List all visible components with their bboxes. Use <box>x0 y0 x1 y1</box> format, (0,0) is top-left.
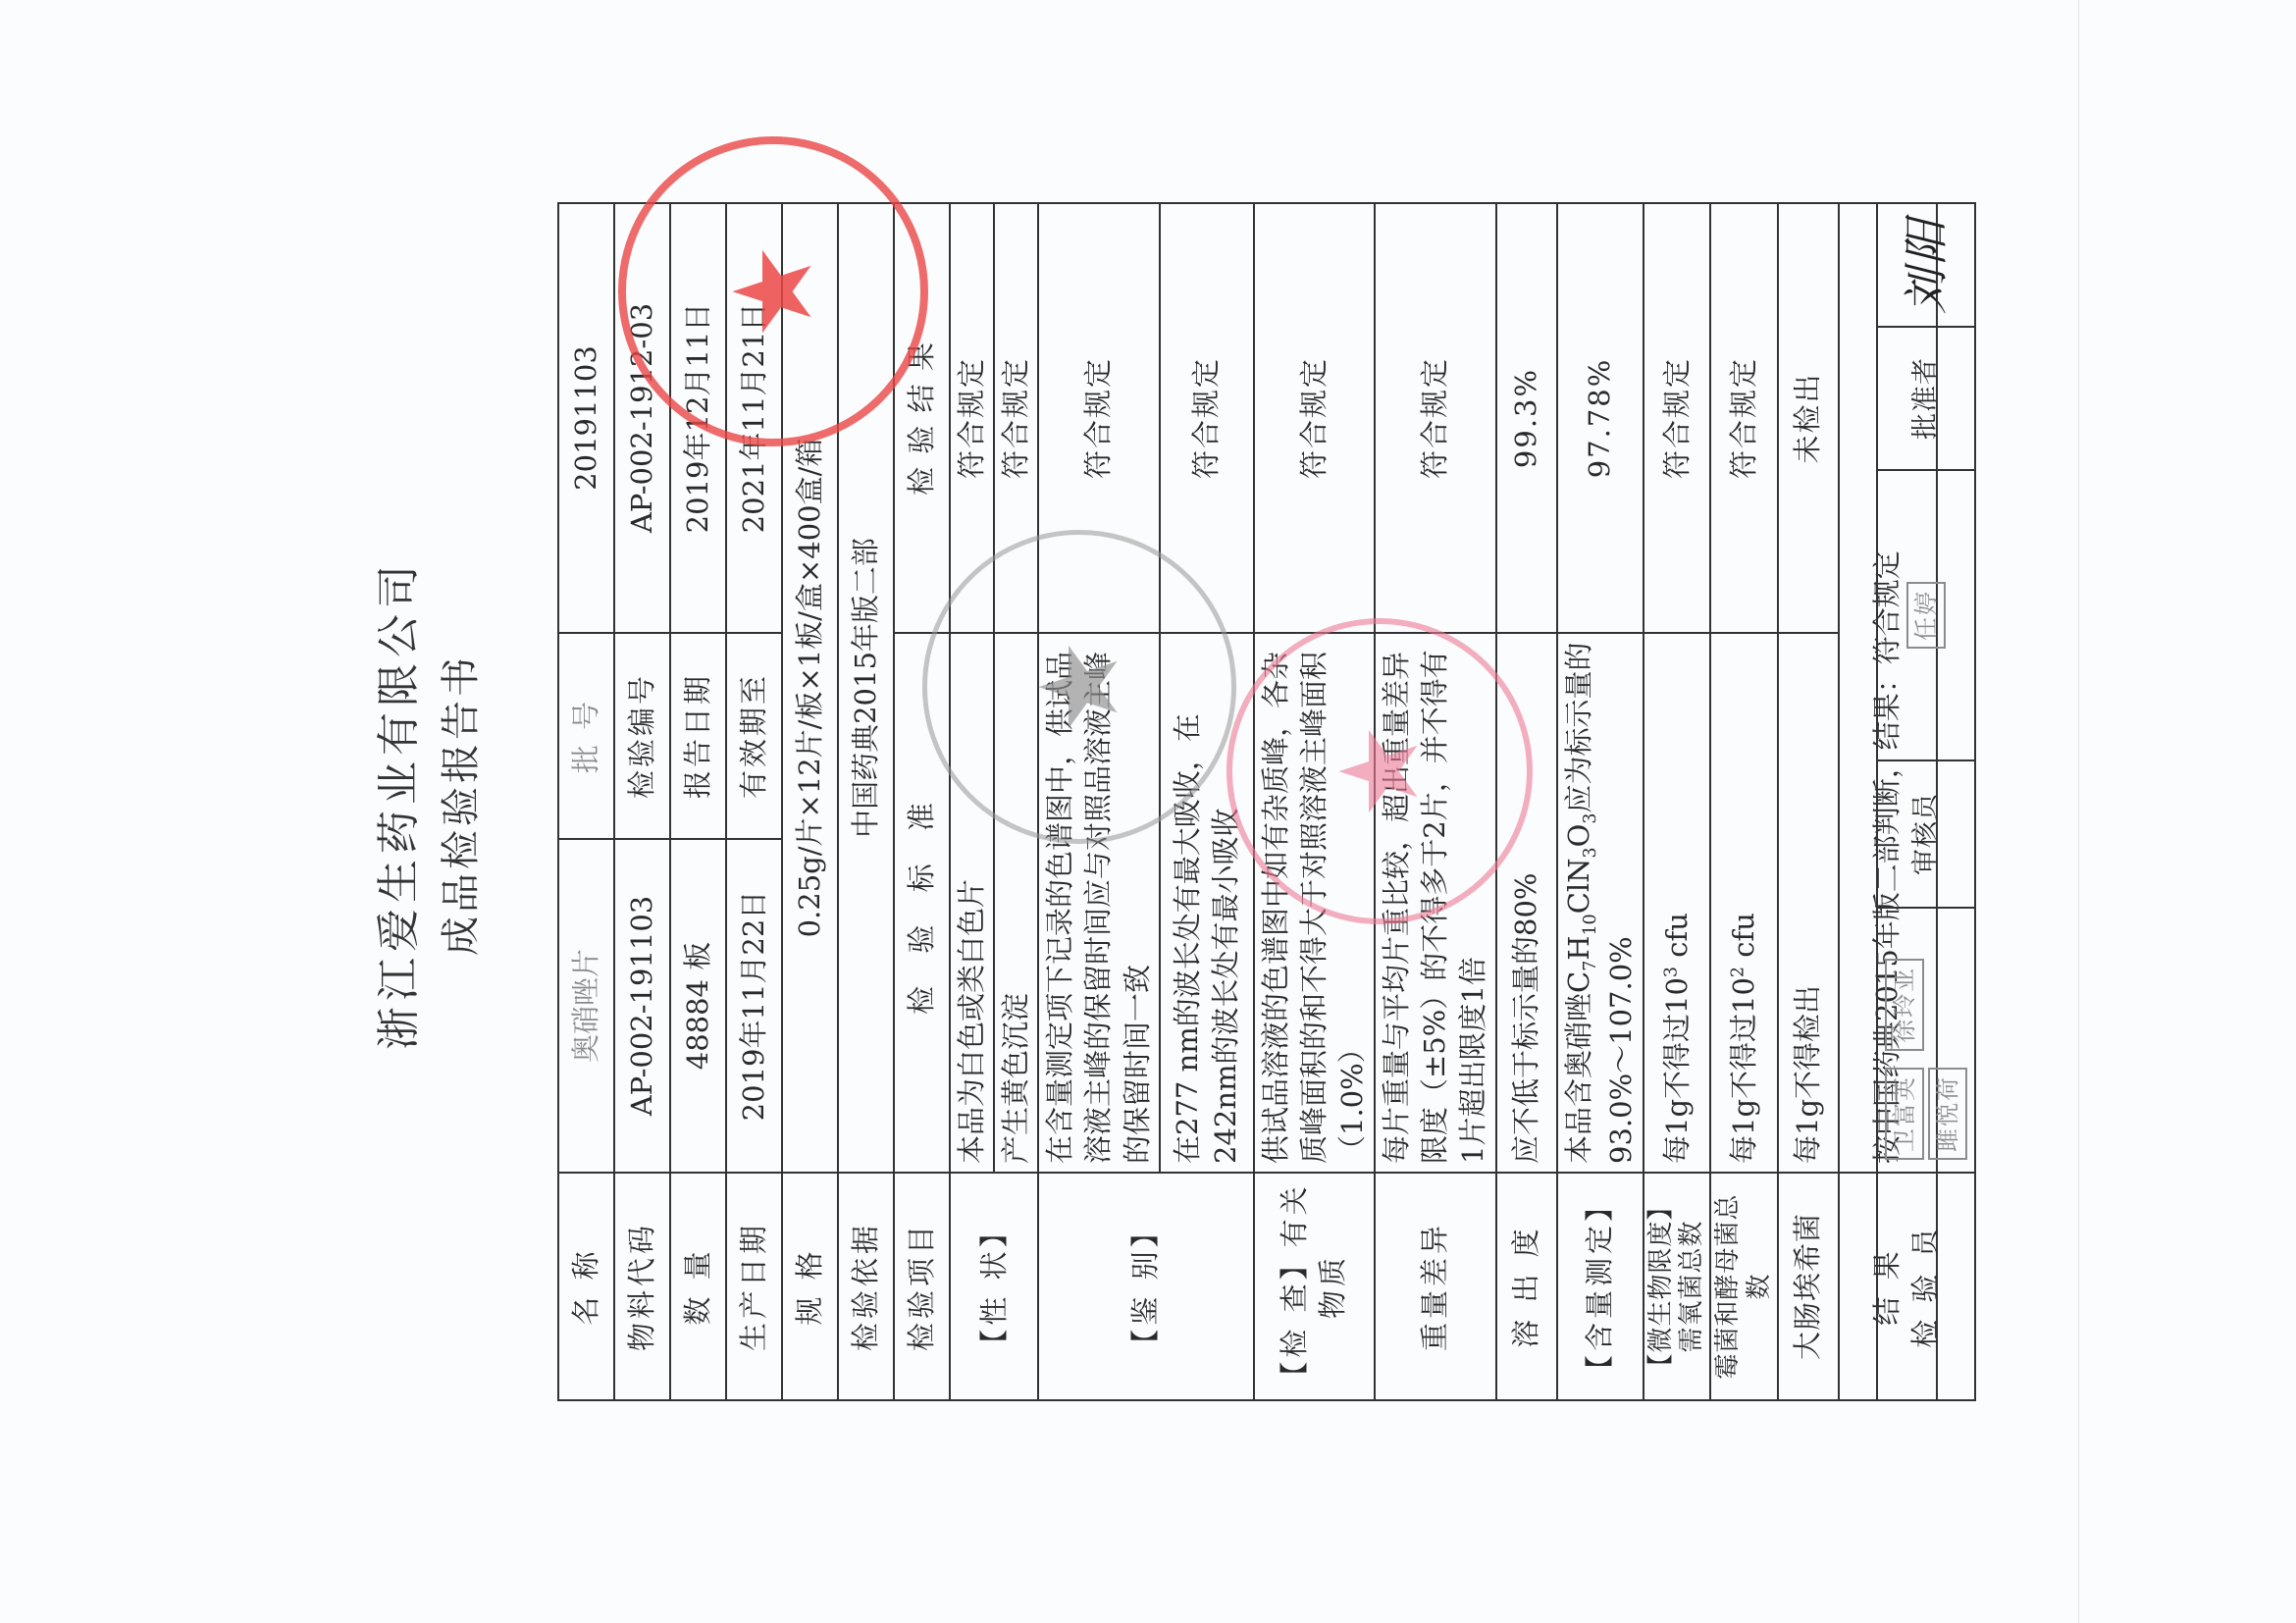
company-name: 浙江爱生药业有限公司 <box>363 196 426 1413</box>
approver-label: 批准者 <box>1877 327 1975 470</box>
report-date-label: 报告日期 <box>670 633 726 839</box>
reviewer-stamp-cell: 任婷 <box>1877 470 1975 760</box>
expiry-value: 2021年11月21日 <box>726 203 782 633</box>
production-date-value: 2019年11月22日 <box>726 839 782 1173</box>
production-date-label: 生产日期 <box>726 1173 782 1400</box>
item-label: 霉菌和酵母菌总数 <box>1710 1173 1777 1400</box>
item-standard: 每1g不得过102 cfu <box>1710 633 1777 1173</box>
item-label: 【检 查】有关物质 <box>1254 1173 1375 1400</box>
spec-label: 规 格 <box>782 1173 838 1400</box>
item-result: 符合规定 <box>1710 203 1777 633</box>
expiry-label: 有效期至 <box>726 633 782 839</box>
item-standard: 供试品溶液的色谱图中如有杂质峰，各杂质峰面积的和不得大于对照溶液主峰面积（1.0… <box>1254 633 1375 1173</box>
item-result: 符合规定 <box>1375 203 1495 633</box>
quantity-label: 数 量 <box>670 1173 726 1400</box>
microbe-exponent: 2 <box>1728 967 1748 977</box>
item-standard: 每片重量与平均片重比较，超出重量差异限度（±5%）的不得多于2片，并不得有1片超… <box>1375 633 1495 1173</box>
microbe-standard-prefix: 每1g不得过10 <box>1660 977 1694 1164</box>
result-column-header: 检 验 结 果 <box>894 203 950 633</box>
formula-o: 3 <box>1580 813 1599 824</box>
inspector-label: 检 验 员 <box>1877 1173 1975 1400</box>
item-column-header: 检验项目 <box>894 1173 950 1400</box>
row-quantity: 数 量 48884 板 报告日期 2019年12月11日 <box>670 203 726 1400</box>
row-material-code: 物料代码 AP-002-191103 检验编号 AP-002-1912-03 <box>614 203 670 1400</box>
item-label: 【微生物限度】需氧菌总数 <box>1644 1173 1710 1400</box>
item-standard: 每1g不得过103 cfu <box>1644 633 1710 1173</box>
item-standard: 本品为白色或类白色片 <box>950 633 994 1173</box>
table-row: 大肠埃希菌 每1g不得检出 未检出 <box>1778 203 1839 1400</box>
formula-h: 10 <box>1580 914 1599 935</box>
item-result: 99.3% <box>1496 203 1557 633</box>
inspector-stamp: 徐玲亚 <box>1885 959 1924 1051</box>
item-result: 未检出 <box>1778 203 1839 633</box>
table-row: 溶 出 度 应不低于标示量的80% 99.3% <box>1496 203 1557 1400</box>
title-block: 浙江爱生药业有限公司 成品检验报告书 <box>294 196 520 1413</box>
item-standard: 在含量测定项下记录的色谱图中，供试品溶液主峰的保留时间应与对照品溶液主峰的保留时… <box>1038 633 1159 1173</box>
inspection-no-label: 检验编号 <box>614 633 670 839</box>
formula-n: 3 <box>1580 847 1599 858</box>
item-standard: 每1g不得检出 <box>1778 633 1839 1173</box>
table-row: 【性 状】 本品为白色或类白色片 符合规定 <box>950 203 994 1400</box>
item-result: 符合规定 <box>1160 203 1254 633</box>
item-result: 符合规定 <box>950 203 994 633</box>
table-row: 霉菌和酵母菌总数 每1g不得过102 cfu 符合规定 <box>1710 203 1777 1400</box>
reviewer-label: 审核员 <box>1877 760 1975 908</box>
inspector-stamp: 雎悦荷 <box>1928 1068 1967 1160</box>
inspection-no-value: AP-002-1912-03 <box>614 203 670 633</box>
name-label: 名 称 <box>558 1173 614 1400</box>
table-row: 【检 查】有关物质 供试品溶液的色谱图中如有杂质峰，各杂质峰面积的和不得大于对照… <box>1254 203 1375 1400</box>
batch-label: 批 号 <box>558 633 614 839</box>
item-label: 大肠埃希菌 <box>1778 1173 1839 1400</box>
report-table: 名 称 奥硝唑片 批 号 20191103 物料代码 AP-002-191103… <box>557 202 1938 1401</box>
row-column-headers: 检验项目 检 验 标 准 检 验 结 果 <box>894 203 950 1400</box>
microbe-unit: cfu <box>1727 913 1760 958</box>
item-result: 符合规定 <box>994 203 1038 633</box>
item-label: 【含量测定】 <box>1557 1173 1644 1400</box>
reviewer-stamp: 任婷 <box>1906 582 1946 649</box>
row-production-date: 生产日期 2019年11月22日 有效期至 2021年11月21日 <box>726 203 782 1400</box>
microbe-unit: cfu <box>1660 913 1694 958</box>
item-standard: 在277 nm的波长处有最大吸收，在242nm的波长处有最小吸收 <box>1160 633 1254 1173</box>
table-row: 重量差异 每片重量与平均片重比较，超出重量差异限度（±5%）的不得多于2片，并不… <box>1375 203 1495 1400</box>
standard-column-header: 检 验 标 准 <box>894 633 950 1173</box>
inspector-stamp: 卫富英 <box>1885 1068 1924 1160</box>
microbe-standard-prefix: 每1g不得过10 <box>1727 977 1760 1164</box>
spec-value: 0.25g/片×12片/板×1板/盒×400盒/箱 <box>782 203 838 1173</box>
item-label: 【鉴 别】 <box>1038 1173 1253 1400</box>
formula-c: 7 <box>1580 961 1599 971</box>
item-result: 符合规定 <box>1038 203 1159 633</box>
item-result: 符合规定 <box>1254 203 1375 633</box>
material-code-value: AP-002-191103 <box>614 839 670 1173</box>
basis-value: 中国药典2015年版二部 <box>838 203 894 1173</box>
row-spec: 规 格 0.25g/片×12片/板×1板/盒×400盒/箱 <box>782 203 838 1400</box>
item-standard: 产生黄色沉淀 <box>994 633 1038 1173</box>
item-label: 重量差异 <box>1375 1173 1495 1400</box>
material-code-label: 物料代码 <box>614 1173 670 1400</box>
item-label: 【性 状】 <box>950 1173 1038 1400</box>
item-standard: 应不低于标示量的80% <box>1496 633 1557 1173</box>
batch-value: 20191103 <box>558 203 614 633</box>
signature-row: 检 验 员 卫富英 徐玲亚 雎悦荷 审核员 任婷 批准者 刘阳 <box>1877 203 1975 1400</box>
table-row: 【鉴 别】 在含量测定项下记录的色谱图中，供试品溶液主峰的保留时间应与对照品溶液… <box>1038 203 1159 1400</box>
report-title: 成品检验报告书 <box>430 196 486 1413</box>
approver-signature-cell: 刘阳 <box>1877 203 1975 327</box>
table-row: 【微生物限度】需氧菌总数 每1g不得过103 cfu 符合规定 <box>1644 203 1710 1400</box>
report-date-value: 2019年12月11日 <box>670 203 726 633</box>
basis-label: 检验依据 <box>838 1173 894 1400</box>
item-standard: 本品含奥硝唑C7H10ClN3O3应为标示量的93.0%～107.0% <box>1557 633 1644 1173</box>
row-name: 名 称 奥硝唑片 批 号 20191103 <box>558 203 614 1400</box>
assay-standard-prefix: 本品含奥硝唑C <box>1562 971 1595 1164</box>
item-label: 溶 出 度 <box>1496 1173 1557 1400</box>
inspector-stamps: 卫富英 徐玲亚 雎悦荷 <box>1877 908 1975 1173</box>
approver-signature: 刘阳 <box>1900 216 1953 314</box>
inspection-report-document: 浙江爱生药业有限公司 成品检验报告书 名 称 奥硝唑片 批 号 20191103… <box>294 196 2139 1413</box>
microbe-exponent: 3 <box>1661 967 1681 977</box>
signature-table: 检 验 员 卫富英 徐玲亚 雎悦荷 审核员 任婷 批准者 刘阳 <box>1876 202 1976 1401</box>
item-result: 97.78% <box>1557 203 1644 633</box>
name-value: 奥硝唑片 <box>558 839 614 1173</box>
row-basis: 检验依据 中国药典2015年版二部 <box>838 203 894 1400</box>
table-row: 【含量测定】 本品含奥硝唑C7H10ClN3O3应为标示量的93.0%～107.… <box>1557 203 1644 1400</box>
item-result: 符合规定 <box>1644 203 1710 633</box>
quantity-value: 48884 板 <box>670 839 726 1173</box>
